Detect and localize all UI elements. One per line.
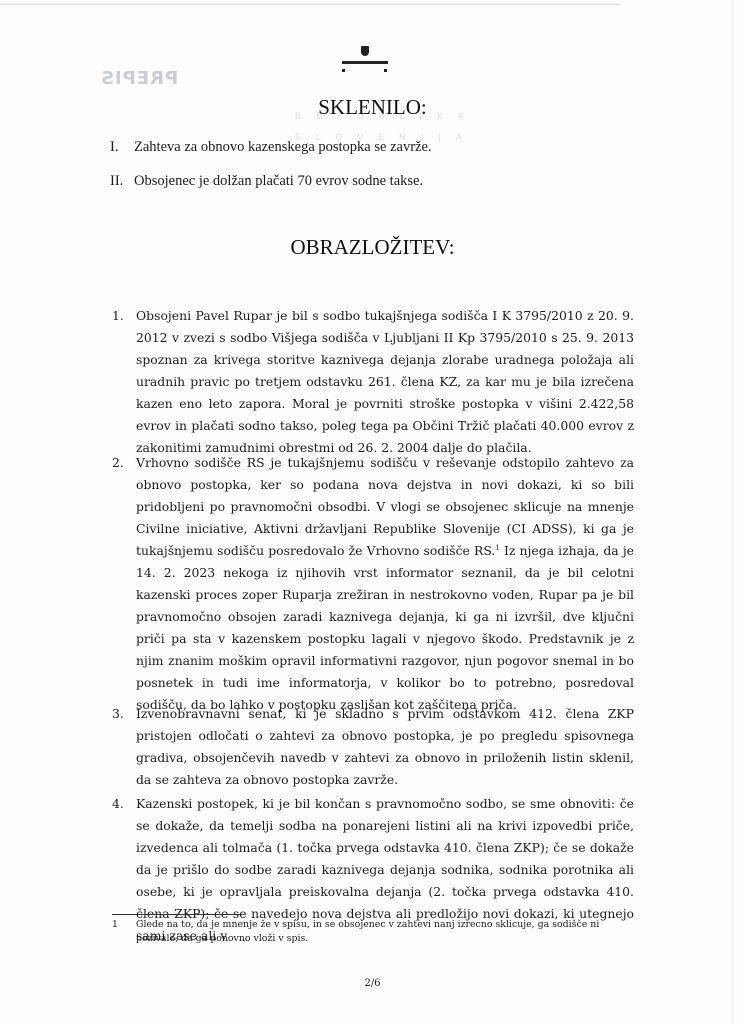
scan-edge-right <box>732 0 733 1024</box>
reasoning-paragraph: 2. Vrhovno sodišče RS je tukajšnjemu sod… <box>112 452 634 716</box>
decision-item: II. Obsojenec je dolžan plačati 70 evrov… <box>110 173 423 190</box>
document-page: PREPIS R E P U B L I K A S L O V E N I J… <box>0 0 745 1024</box>
footnote: 1 Glede na to, da je mnenje že v spisu, … <box>112 918 634 946</box>
reasoning-heading: OBRAZLOŽITEV: <box>0 235 745 260</box>
paragraph-text: Izvenobravnavni senat, ki je skladno s p… <box>136 703 634 791</box>
paragraph-text-part: Iz njega izhaja, da je 14. 2. 2023 nekog… <box>136 543 634 712</box>
paragraph-number: 1. <box>112 305 124 327</box>
emblem-dot <box>384 69 387 72</box>
paragraph-number: 2. <box>112 452 124 474</box>
decision-text: Zahteva za obnovo kazenskega postopka se… <box>134 139 432 156</box>
decision-item: I. Zahteva za obnovo kazenskega postopka… <box>110 139 432 156</box>
decision-number: II. <box>110 173 134 190</box>
decision-text: Obsojenec je dolžan plačati 70 evrov sod… <box>134 173 423 190</box>
footnote-divider <box>112 914 242 915</box>
paragraph-text: Vrhovno sodišče RS je tukajšnjemu sodišč… <box>136 452 634 716</box>
copy-stamp: PREPIS <box>100 68 178 89</box>
reasoning-paragraph: 1. Obsojeni Pavel Rupar je bil s sodbo t… <box>112 305 634 459</box>
emblem-dot <box>342 69 345 72</box>
scan-edge-top <box>0 4 620 5</box>
shield-icon <box>361 46 369 56</box>
emblem-bar <box>342 61 388 64</box>
page-number: 2/6 <box>0 978 745 989</box>
paragraph-text: Obsojeni Pavel Rupar je bil s sodbo tuka… <box>136 305 634 459</box>
paragraph-number: 3. <box>112 703 124 725</box>
decision-heading: SKLENILO: <box>0 95 745 120</box>
paragraph-number: 4. <box>112 793 124 815</box>
footnote-text: Glede na to, da je mnenje že v spisu, in… <box>136 918 634 946</box>
footnote-number: 1 <box>112 918 118 932</box>
slovenia-coat-of-arms-icon <box>340 46 390 86</box>
reasoning-paragraph: 3. Izvenobravnavni senat, ki je skladno … <box>112 703 634 791</box>
decision-number: I. <box>110 139 134 156</box>
